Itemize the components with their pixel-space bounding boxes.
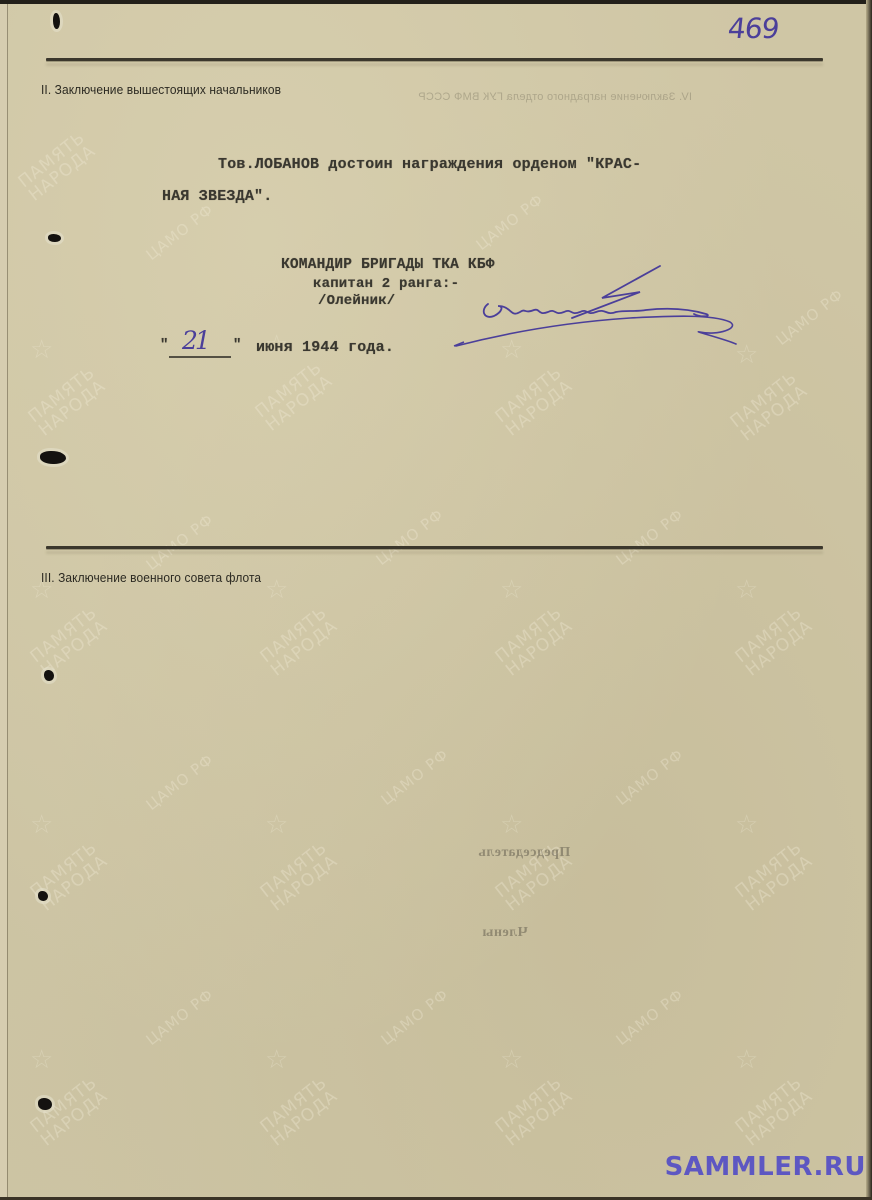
page-left-strip bbox=[0, 0, 7, 1200]
star-watermark-icon: ☆ bbox=[30, 335, 53, 365]
star-watermark-icon: ☆ bbox=[265, 1045, 288, 1075]
star-watermark-icon: ☆ bbox=[735, 575, 758, 605]
watermark-pamyat-naroda: ПАМЯТЬНАРОДА bbox=[258, 839, 341, 914]
page-right-edge bbox=[866, 0, 872, 1200]
date-day-underline bbox=[169, 356, 231, 358]
handwritten-signature bbox=[450, 262, 750, 352]
watermark-tsamo: ЦАМО РФ bbox=[474, 192, 547, 253]
watermark-pamyat-naroda: ПАМЯТЬНАРОДА bbox=[733, 839, 816, 914]
watermark-tsamo: ЦАМО РФ bbox=[379, 987, 452, 1048]
site-watermark: SAMMLER.RU bbox=[665, 1152, 866, 1182]
bleed-through-text: IV. Заключение наградного отдела ГУК ВМФ… bbox=[418, 91, 692, 103]
watermark-tsamo: ЦАМО РФ bbox=[144, 512, 217, 573]
watermark-pamyat-naroda: ПАМЯТЬНАРОДА bbox=[16, 129, 99, 204]
punch-hole bbox=[38, 1098, 52, 1110]
watermark-pamyat-naroda: ПАМЯТЬНАРОДА bbox=[26, 364, 109, 439]
watermark-pamyat-naroda: ПАМЯТЬНАРОДА bbox=[728, 369, 811, 444]
section-3-heading: III. Заключение военного совета флота bbox=[41, 570, 261, 585]
watermark-pamyat-naroda: ПАМЯТЬНАРОДА bbox=[258, 604, 341, 679]
recommendation-text-line-2: НАЯ ЗВЕЗДА". bbox=[162, 188, 272, 205]
watermark-tsamo: ЦАМО РФ bbox=[614, 507, 687, 568]
faded-members-label: Члены bbox=[482, 925, 528, 941]
date-close-quote: " bbox=[233, 337, 242, 353]
star-watermark-icon: ☆ bbox=[30, 810, 53, 840]
watermark-pamyat-naroda: ПАМЯТЬНАРОДА bbox=[28, 839, 111, 914]
star-watermark-icon: ☆ bbox=[500, 1045, 523, 1075]
star-watermark-icon: ☆ bbox=[265, 575, 288, 605]
date-month-year: июня 1944 года. bbox=[256, 339, 394, 356]
star-watermark-icon: ☆ bbox=[500, 575, 523, 605]
watermark-pamyat-naroda: ПАМЯТЬНАРОДА bbox=[253, 359, 336, 434]
signatory-name: /Олейник/ bbox=[318, 293, 395, 309]
watermark-tsamo: ЦАМО РФ bbox=[144, 202, 217, 263]
document-page: ПАМЯТЬНАРОДА ЦАМО РФ ЦАМО РФ ЦАМО РФ ПАМ… bbox=[0, 0, 872, 1200]
date-open-quote: " bbox=[160, 337, 169, 353]
punch-hole bbox=[53, 13, 60, 29]
star-watermark-icon: ☆ bbox=[500, 810, 523, 840]
section-divider bbox=[46, 58, 823, 61]
watermark-tsamo: ЦАМО РФ bbox=[374, 507, 447, 568]
punch-hole bbox=[38, 891, 48, 901]
section-divider bbox=[46, 546, 823, 549]
page-top-edge bbox=[0, 0, 872, 4]
star-watermark-icon: ☆ bbox=[735, 1045, 758, 1075]
watermark-pamyat-naroda: ПАМЯТЬНАРОДА bbox=[733, 604, 816, 679]
watermark-pamyat-naroda: ПАМЯТЬНАРОДА bbox=[28, 1074, 111, 1149]
signatory-rank: капитан 2 ранга:- bbox=[313, 276, 459, 292]
page-fold-line bbox=[7, 0, 8, 1200]
watermark-tsamo: ЦАМО РФ bbox=[379, 747, 452, 808]
watermark-pamyat-naroda: ПАМЯТЬНАРОДА bbox=[493, 1074, 576, 1149]
recommendation-text-line-1: Тов.ЛОБАНОВ достоин награждения орденом … bbox=[218, 156, 641, 173]
watermark-pamyat-naroda: ПАМЯТЬНАРОДА bbox=[493, 364, 576, 439]
star-watermark-icon: ☆ bbox=[30, 1045, 53, 1075]
watermark-pamyat-naroda: ПАМЯТЬНАРОДА bbox=[733, 1074, 816, 1149]
watermark-tsamo: ЦАМО РФ bbox=[614, 747, 687, 808]
punch-hole bbox=[48, 234, 61, 242]
watermark-pamyat-naroda: ПАМЯТЬНАРОДА bbox=[258, 1074, 341, 1149]
section-2-heading: II. Заключение вышестоящих начальников bbox=[41, 82, 281, 97]
watermark-pamyat-naroda: ПАМЯТЬНАРОДА bbox=[28, 604, 111, 679]
watermark-tsamo: ЦАМО РФ bbox=[144, 752, 217, 813]
punch-hole bbox=[40, 451, 66, 464]
handwritten-date-day: 21 bbox=[182, 326, 208, 355]
watermark-tsamo: ЦАМО РФ bbox=[144, 987, 217, 1048]
punch-hole bbox=[44, 670, 54, 681]
watermark-tsamo: ЦАМО РФ bbox=[614, 987, 687, 1048]
star-watermark-icon: ☆ bbox=[265, 810, 288, 840]
watermark-pamyat-naroda: ПАМЯТЬНАРОДА bbox=[493, 604, 576, 679]
watermark-tsamo: ЦАМО РФ bbox=[774, 287, 847, 348]
star-watermark-icon: ☆ bbox=[735, 810, 758, 840]
faded-chairman-label: Председатель bbox=[478, 845, 570, 861]
handwritten-page-number: 469 bbox=[726, 12, 780, 45]
